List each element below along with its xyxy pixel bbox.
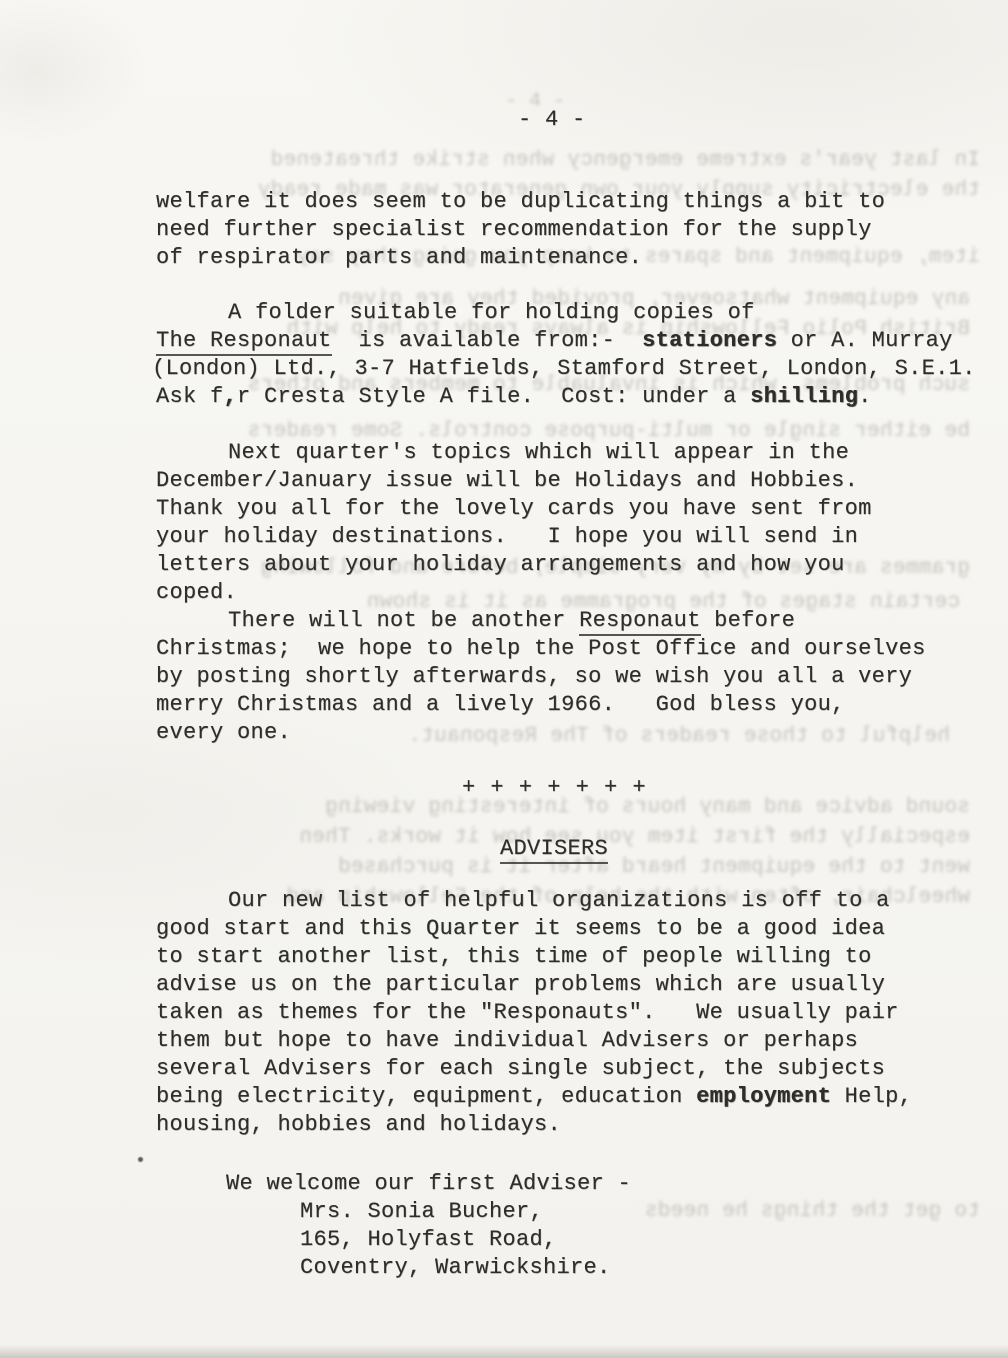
text-line: good start and this Quarter it seems to … (156, 915, 912, 943)
paragraph-welcome-adviser: We welcome our first Adviser - (226, 1170, 631, 1198)
text-line: letters about your holiday arrangements … (156, 551, 872, 579)
bleed-through-line: to get the things he needs (590, 1199, 980, 1225)
text-line: advise us on the particular problems whi… (156, 971, 912, 999)
scanned-document-page: - 4 - In last year's extreme emergency w… (0, 0, 1008, 1358)
text-segment: Ask f (156, 384, 224, 409)
paragraph-christmas: There will not be another Responaut befo… (156, 607, 926, 747)
text-line: need further specialist recommendation f… (156, 216, 885, 244)
paragraph-advisers-list: Our new list of helpful organizations is… (156, 887, 912, 1139)
bold-stationers: stationers (642, 328, 777, 353)
text-line: December/January issue will be Holidays … (156, 467, 872, 495)
paragraph-folder: A folder suitable for holding copies of … (156, 299, 976, 411)
paragraph-next-quarter: Next quarter's topics which will appear … (156, 439, 872, 607)
text-line: taken as themes for the "Responauts". We… (156, 999, 912, 1027)
text-line: them but hope to have individual Adviser… (156, 1027, 912, 1055)
text-line: coped. (156, 579, 872, 607)
advisers-heading: ADVISERS (500, 835, 608, 863)
bleed-through-line: In last year's extreme emergency when st… (150, 148, 980, 174)
address-line: Mrs. Sonia Bucher, (300, 1198, 611, 1226)
typed-over-character: , (224, 384, 238, 409)
bold-employment: employment (696, 1084, 831, 1109)
text-segment: being electricity, equipment, education (156, 1084, 696, 1109)
text-line: every one. (156, 719, 926, 747)
text-segment: There will not be another (228, 608, 579, 633)
text-segment: or A. Murray (777, 328, 953, 353)
text-line: several Advisers for each single subject… (156, 1055, 912, 1083)
text-line: your holiday destinations. I hope you wi… (156, 523, 872, 551)
text-line: being electricity, equipment, education … (156, 1083, 912, 1111)
text-line: welfare it does seem to be duplicating t… (156, 188, 885, 216)
text-line: The Responaut is available from:- statio… (156, 327, 976, 355)
text-segment: Help, (831, 1084, 912, 1109)
text-line: Ask f,r Cresta Style A file. Cost: under… (156, 383, 976, 411)
text-line: There will not be another Responaut befo… (156, 607, 926, 635)
paragraph-welfare: welfare it does seem to be duplicating t… (156, 188, 885, 272)
text-line: Our new list of helpful organizations is… (156, 887, 912, 915)
text-line: Christmas; we hope to help the Post Offi… (156, 635, 926, 663)
underlined-heading-text: ADVISERS (500, 836, 608, 864)
address-line: 165, Holyfast Road, (300, 1226, 611, 1254)
text-line: Thank you all for the lovely cards you h… (156, 495, 872, 523)
bold-shilling: shilling (750, 384, 858, 409)
text-segment: . (858, 384, 872, 409)
underlined-responaut-title: The Responaut (156, 328, 332, 356)
text-line: merry Christmas and a lively 1966. God b… (156, 691, 926, 719)
text-segment: before (701, 608, 796, 633)
adviser-address-block: Mrs. Sonia Bucher, 165, Holyfast Road, C… (300, 1198, 611, 1282)
text-line: Next quarter's topics which will appear … (156, 439, 872, 467)
ink-speck (138, 1157, 143, 1162)
underlined-responaut: Responaut (579, 608, 701, 636)
text-line: to start another list, this time of peop… (156, 943, 912, 971)
text-line: of respirator parts and maintenance. (156, 244, 885, 272)
text-segment: is available from:- (332, 328, 643, 353)
text-line: (London) Ltd., 3-7 Hatfields, Stamford S… (152, 355, 976, 383)
page-number: - 4 - (518, 106, 586, 134)
text-segment: r Cresta Style A file. Cost: under a (237, 384, 750, 409)
text-line: housing, hobbies and holidays. (156, 1111, 912, 1139)
text-line: by posting shortly afterwards, so we wis… (156, 663, 926, 691)
plus-sign-separator: + + + + + + + (462, 774, 647, 802)
address-line: Coventry, Warwickshire. (300, 1254, 611, 1282)
text-line: We welcome our first Adviser - (226, 1170, 631, 1198)
text-line: A folder suitable for holding copies of (156, 299, 976, 327)
